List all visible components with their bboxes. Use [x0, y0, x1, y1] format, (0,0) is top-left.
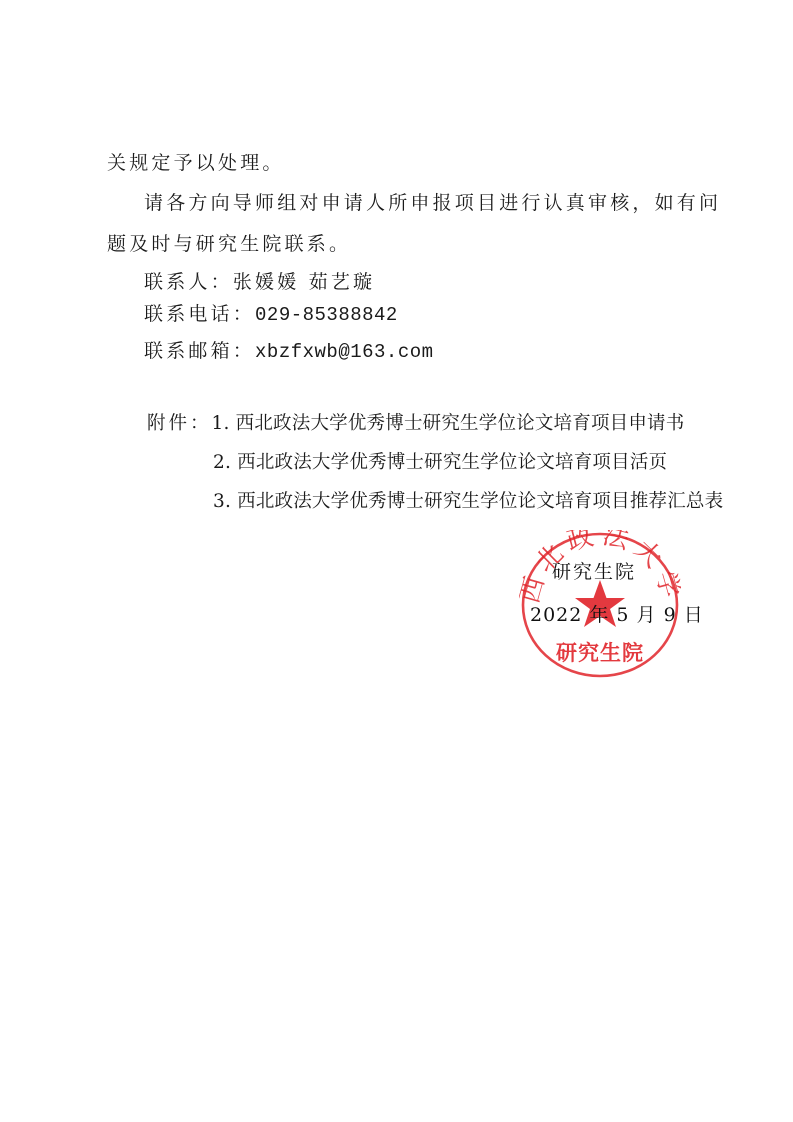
- paragraph-1-tail: 关规定予以处理。: [107, 151, 285, 175]
- contact-persons-label: 联系人：: [144, 271, 233, 293]
- issuer-name: 研究生院: [552, 560, 636, 584]
- contact-email: 联系邮箱：xbzfxwb@163.com: [144, 339, 434, 364]
- attachments-label: 附件：: [147, 413, 212, 434]
- issue-date: 2022 年 5 月 9 日: [530, 603, 704, 627]
- document-page: 关规定予以处理。 请各方向导师组对申请人所申报项目进行认真审核，如有问 题及时与…: [0, 0, 793, 1122]
- attachment-2: 2. 西北政法大学优秀博士研究生学位论文培育项目活页: [213, 451, 667, 475]
- paragraph-2-line-2: 题及时与研究生院联系。: [107, 232, 351, 256]
- attachment-item-1: 1. 西北政法大学优秀博士研究生学位论文培育项目申请书: [212, 413, 685, 434]
- contact-phone-label: 联系电话：: [144, 303, 255, 325]
- contact-phone-value: 029-85388842: [255, 304, 398, 326]
- contact-email-label: 联系邮箱：: [144, 340, 255, 362]
- contact-email-value: xbzfxwb@163.com: [255, 341, 434, 363]
- attachment-1: 附件：1. 西北政法大学优秀博士研究生学位论文培育项目申请书: [147, 412, 684, 436]
- contact-phone: 联系电话：029-85388842: [144, 302, 398, 327]
- contact-persons-value: 张媛媛 茹艺璇: [233, 271, 375, 293]
- seal-bottom-text: 研究生院: [556, 641, 644, 665]
- attachment-3: 3. 西北政法大学优秀博士研究生学位论文培育项目推荐汇总表: [213, 490, 723, 514]
- contact-persons: 联系人：张媛媛 茹艺璇: [144, 270, 375, 294]
- paragraph-2-line-1: 请各方向导师组对申请人所申报项目进行认真审核，如有问: [144, 191, 721, 215]
